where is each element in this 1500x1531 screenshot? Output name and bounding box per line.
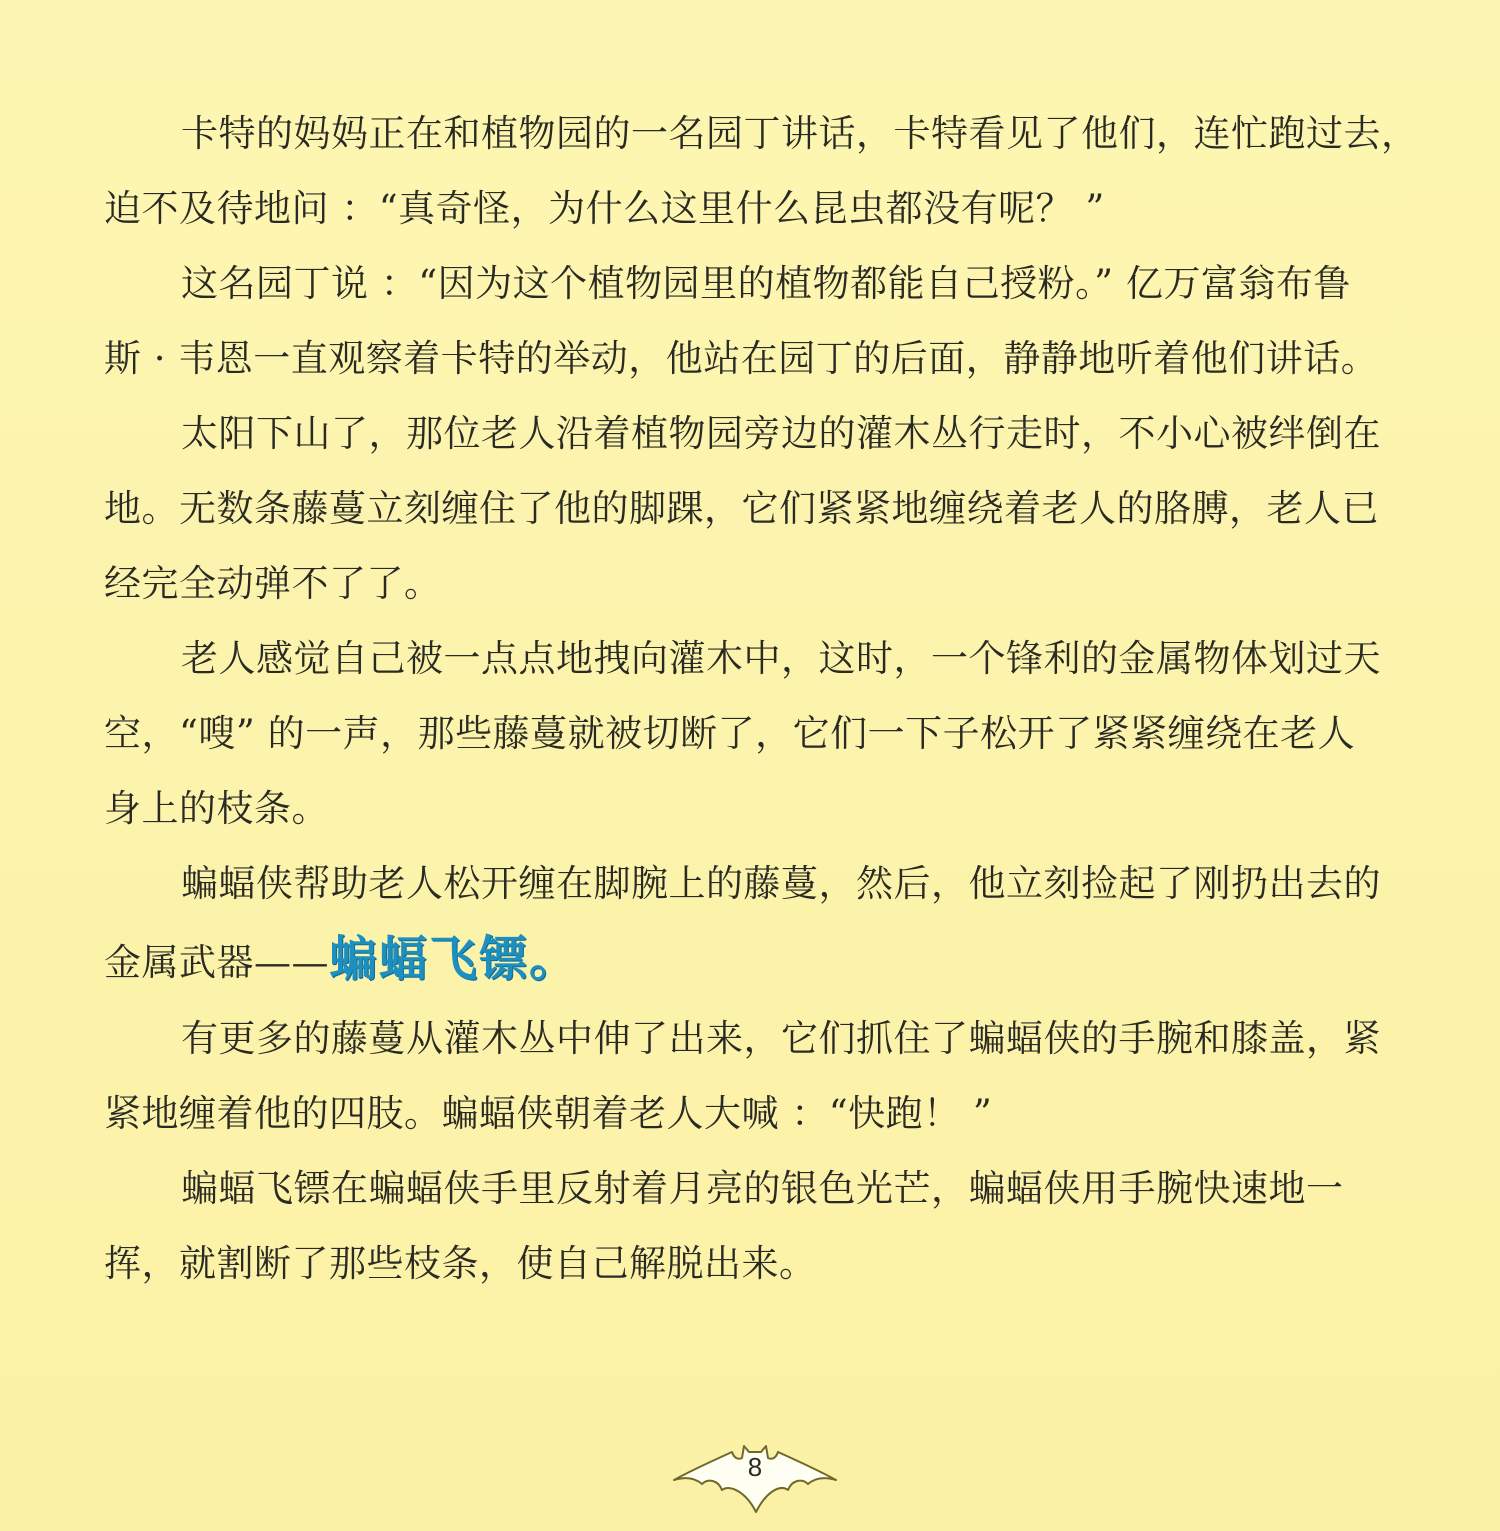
- highlight-period: 。: [529, 931, 579, 987]
- paragraph-1-line-1: 卡特的妈妈正在和植物园的一名园丁讲话，卡特看见了他们，连忙跑过去，: [181, 104, 1419, 164]
- paragraph-7-line-2: 挥，就割断了那些枝条，使自己解脱出来。: [104, 1234, 817, 1294]
- paragraph-4-line-3: 身上的枝条。: [104, 779, 329, 839]
- book-page: 卡特的妈妈正在和植物园的一名园丁讲话，卡特看见了他们，连忙跑过去， 迫不及待地问…: [0, 0, 1500, 1531]
- paragraph-3-line-3: 经完全动弹不了了。: [104, 554, 442, 614]
- page-number: 8: [670, 1452, 840, 1483]
- paragraph-2-line-2: 斯 · 韦恩一直观察着卡特的举动，他站在园丁的后面，静静地听着他们讲话。: [104, 329, 1378, 389]
- page-number-badge: 8: [670, 1440, 840, 1515]
- batarang-highlight: 蝙蝠飞镖: [329, 931, 529, 987]
- paragraph-4-line-1: 老人感觉自己被一点点地拽向灌木中，这时，一个锋利的金属物体划过天: [181, 629, 1381, 689]
- paragraph-5-line-1: 蝙蝠侠帮助老人松开缠在脚腕上的藤蔓，然后，他立刻捡起了刚扔出去的: [181, 854, 1381, 914]
- paragraph-7-line-1: 蝙蝠飞镖在蝙蝠侠手里反射着月亮的银色光芒，蝙蝠侠用手腕快速地一: [181, 1159, 1344, 1219]
- paragraph-3-line-2: 地。无数条藤蔓立刻缠住了他的脚踝，它们紧紧地缠绕着老人的胳膊，老人已: [104, 479, 1379, 539]
- paragraph-2-line-1: 这名园丁说 ：“因为这个植物园里的植物都能自己授粉。” 亿万富翁布鲁: [181, 254, 1351, 314]
- weapon-intro-text: 金属武器——: [104, 941, 329, 984]
- paragraph-4-line-2: 空，“嗖” 的一声，那些藤蔓就被切断了，它们一下子松开了紧紧缠绕在老人: [104, 704, 1355, 764]
- paragraph-1-line-2: 迫不及待地问 ：“真奇怪，为什么这里什么昆虫都没有呢？ ”: [104, 179, 1105, 239]
- paragraph-6-line-2: 紧地缠着他的四肢。蝙蝠侠朝着老人大喊 ：“快跑！ ”: [104, 1084, 992, 1144]
- paragraph-3-line-1: 太阳下山了，那位老人沿着植物园旁边的灌木丛行走时，不小心被绊倒在: [181, 404, 1381, 464]
- paragraph-5-line-2: 金属武器——蝙蝠飞镖。: [104, 929, 579, 989]
- paragraph-6-line-1: 有更多的藤蔓从灌木丛中伸了出来，它们抓住了蝙蝠侠的手腕和膝盖，紧: [181, 1009, 1381, 1069]
